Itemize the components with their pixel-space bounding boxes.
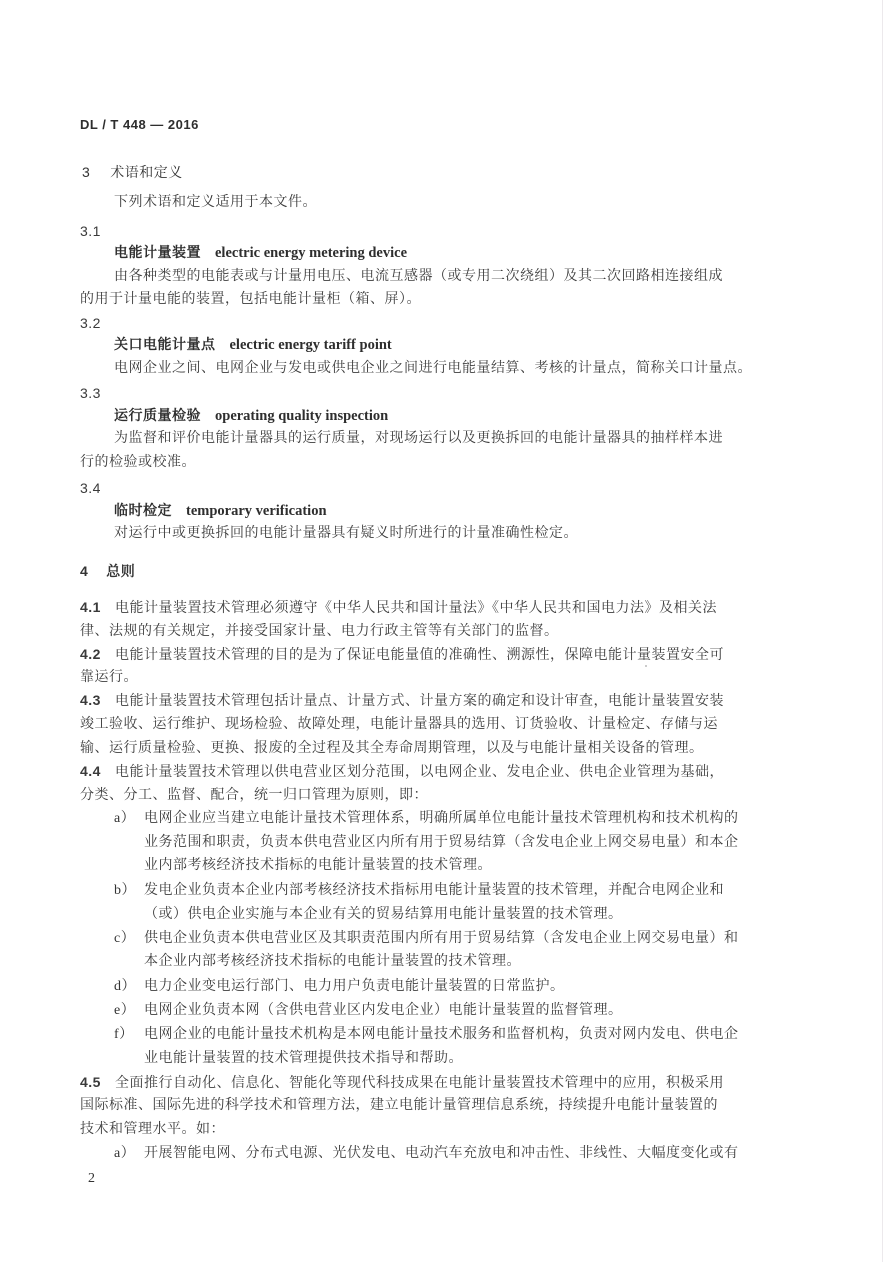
list-item-d: d）电力企业变电运行部门、电力用户负责电能计量装置的日常监护。 [114, 977, 565, 996]
list-text: 电网企业应当建立电能计量技术管理体系，明确所属单位电能计量技术管理机构和技术机构… [144, 810, 739, 826]
list-text: 业务范围和职责，负责本供电营业区内所有用于贸易结算（含发电企业上网交易电量）和本… [144, 833, 739, 851]
term-number: 3.2 [80, 314, 101, 332]
term-definition-line: 为监督和评价电能计量器具的运行质量，对现场运行以及更换拆回的电能计量器具的抽样样… [114, 429, 723, 447]
term-definition-line: 的用于计量电能的装置，包括电能计量柜（箱、屏）。 [80, 290, 421, 308]
clause-text: 律、法规的有关规定，并接受国家计量、电力行政主管等有关部门的监督。 [80, 622, 559, 640]
list-label: a） [114, 810, 144, 828]
clause-4-4: 4.4电能计量装置技术管理以供电营业区划分范围，以电网企业、发电企业、供电企业管… [80, 762, 724, 781]
term-zh: 运行质量检验 [114, 408, 201, 424]
section-number: 3 [82, 164, 90, 180]
clause-text: 输、运行质量检验、更换、报废的全过程及其全寿命周期管理，以及与电能计量相关设备的… [80, 739, 704, 757]
clause-4-1: 4.1电能计量装置技术管理必须遵守《中华人民共和国计量法》《中华人民共和国电力法… [80, 598, 717, 617]
list-text: 发电企业负责本企业内部考核经济技术指标用电能计量装置的技术管理，并配合电网企业和 [144, 882, 724, 898]
term-heading: 临时检定temporary verification [114, 502, 327, 520]
list-text: 业内部考核经济技术指标的电能计量装置的技术管理。 [144, 856, 492, 874]
list-text: 电力企业变电运行部门、电力用户负责电能计量装置的日常监护。 [144, 978, 565, 994]
section-4-heading: 4总则 [80, 562, 135, 580]
scan-artifact-dot [645, 665, 647, 667]
section-number: 4 [80, 563, 88, 579]
section-3-heading: 3术语和定义 [82, 163, 183, 181]
list-item-f: f）电网企业的电能计量技术机构是本网电能计量技术服务和监督机构，负责对网内发电、… [114, 1025, 739, 1044]
list-label: f） [114, 1026, 144, 1044]
list-text: 本企业内部考核经济技术指标的电能计量装置的技术管理。 [144, 952, 521, 970]
clause-text: 电能计量装置技术管理包括计量点、计量方式、计量方案的确定和设计审查，电能计量装置… [115, 693, 724, 709]
clause-number: 4.5 [80, 1074, 101, 1090]
list-text: （或）供电企业实施与本企业有关的贸易结算用电能计量装置的技术管理。 [144, 905, 623, 923]
term-en: electric energy tariff point [230, 337, 392, 353]
clause-text: 国际标准、国际先进的科学技术和管理方法，建立电能计量管理信息系统，持续提升电能计… [80, 1096, 718, 1114]
term-definition-line: 由各种类型的电能表或与计量用电压、电流互感器（或专用二次绕组）及其二次回路相连接… [114, 267, 723, 285]
term-definition-line: 行的检验或校准。 [80, 453, 196, 471]
clause-4-3: 4.3电能计量装置技术管理包括计量点、计量方式、计量方案的确定和设计审查，电能计… [80, 691, 724, 710]
list-item-e: e）电网企业负责本网（含供电营业区内发电企业）电能计量装置的监督管理。 [114, 1001, 623, 1020]
section-title: 总则 [106, 563, 135, 579]
term-en: temporary verification [186, 503, 327, 519]
list-item-a: a）电网企业应当建立电能计量技术管理体系，明确所属单位电能计量技术管理机构和技术… [114, 809, 739, 828]
list-text: 电网企业负责本网（含供电营业区内发电企业）电能计量装置的监督管理。 [144, 1002, 623, 1018]
list-label: d） [114, 978, 144, 996]
clause-text: 电能计量装置技术管理必须遵守《中华人民共和国计量法》《中华人民共和国电力法》及相… [115, 600, 717, 616]
clause-text: 竣工验收、运行维护、现场检验、故障处理，电能计量器具的选用、订货验收、计量检定、… [80, 715, 718, 733]
term-heading: 电能计量装置electric energy metering device [114, 244, 407, 262]
list-text: 开展智能电网、分布式电源、光伏发电、电动汽车充放电和冲击性、非线性、大幅度变化或… [144, 1145, 739, 1161]
list-text: 电网企业的电能计量技术机构是本网电能计量技术服务和监督机构，负责对网内发电、供电… [144, 1026, 739, 1042]
term-zh: 关口电能计量点 [114, 337, 216, 353]
scan-edge-line [882, 0, 883, 1262]
term-number: 3.3 [80, 384, 101, 402]
section-3-intro: 下列术语和定义适用于本文件。 [114, 193, 317, 211]
term-number: 3.1 [80, 222, 101, 240]
term-heading: 关口电能计量点electric energy tariff point [114, 336, 392, 354]
clause-text: 电能计量装置技术管理的目的是为了保证电能量值的准确性、溯源性，保障电能计量装置安… [115, 647, 724, 663]
clause-4-5: 4.5全面推行自动化、信息化、智能化等现代科技成果在电能计量装置技术管理中的应用… [80, 1073, 724, 1092]
list-label: a） [114, 1145, 144, 1163]
clause-number: 4.3 [80, 692, 101, 708]
clause-text: 电能计量装置技术管理以供电营业区划分范围，以电网企业、发电企业、供电企业管理为基… [115, 764, 724, 780]
term-zh: 临时检定 [114, 503, 172, 519]
list-text: 供电企业负责本供电营业区及其职责范围内所有用于贸易结算（含发电企业上网交易电量）… [144, 930, 739, 946]
list-label: c） [114, 930, 144, 948]
list-label: e） [114, 1002, 144, 1020]
list-item-c: c）供电企业负责本供电营业区及其职责范围内所有用于贸易结算（含发电企业上网交易电… [114, 929, 739, 948]
list-item-b: b）发电企业负责本企业内部考核经济技术指标用电能计量装置的技术管理，并配合电网企… [114, 881, 724, 900]
term-zh: 电能计量装置 [114, 245, 201, 261]
term-number: 3.4 [80, 479, 101, 497]
clause-number: 4.4 [80, 763, 101, 779]
term-definition-line: 电网企业之间、电网企业与发电或供电企业之间进行电能量结算、考核的计量点，简称关口… [114, 359, 752, 377]
clause-4-2: 4.2电能计量装置技术管理的目的是为了保证电能量值的准确性、溯源性，保障电能计量… [80, 645, 724, 664]
clause-text: 全面推行自动化、信息化、智能化等现代科技成果在电能计量装置技术管理中的应用，积极… [115, 1075, 724, 1091]
list-label: b） [114, 882, 144, 900]
clause-number: 4.1 [80, 599, 101, 615]
standard-code: DL / T 448 — 2016 [80, 116, 199, 134]
clause-text: 技术和管理水平。如： [80, 1120, 225, 1138]
list-text: 业电能计量装置的技术管理提供技术指导和帮助。 [144, 1049, 463, 1067]
term-heading: 运行质量检验operating quality inspection [114, 407, 388, 425]
clause-text: 分类、分工、监督、配合，统一归口管理为原则，即： [80, 786, 428, 804]
page-number: 2 [88, 1170, 96, 1188]
clause-number: 4.2 [80, 646, 101, 662]
term-en: electric energy metering device [215, 245, 407, 261]
term-definition-line: 对运行中或更换拆回的电能计量器具有疑义时所进行的计量准确性检定。 [114, 524, 578, 542]
clause-text: 靠运行。 [80, 668, 138, 686]
section-title: 术语和定义 [110, 164, 183, 180]
term-en: operating quality inspection [215, 408, 388, 424]
list-item-a: a）开展智能电网、分布式电源、光伏发电、电动汽车充放电和冲击性、非线性、大幅度变… [114, 1144, 739, 1163]
